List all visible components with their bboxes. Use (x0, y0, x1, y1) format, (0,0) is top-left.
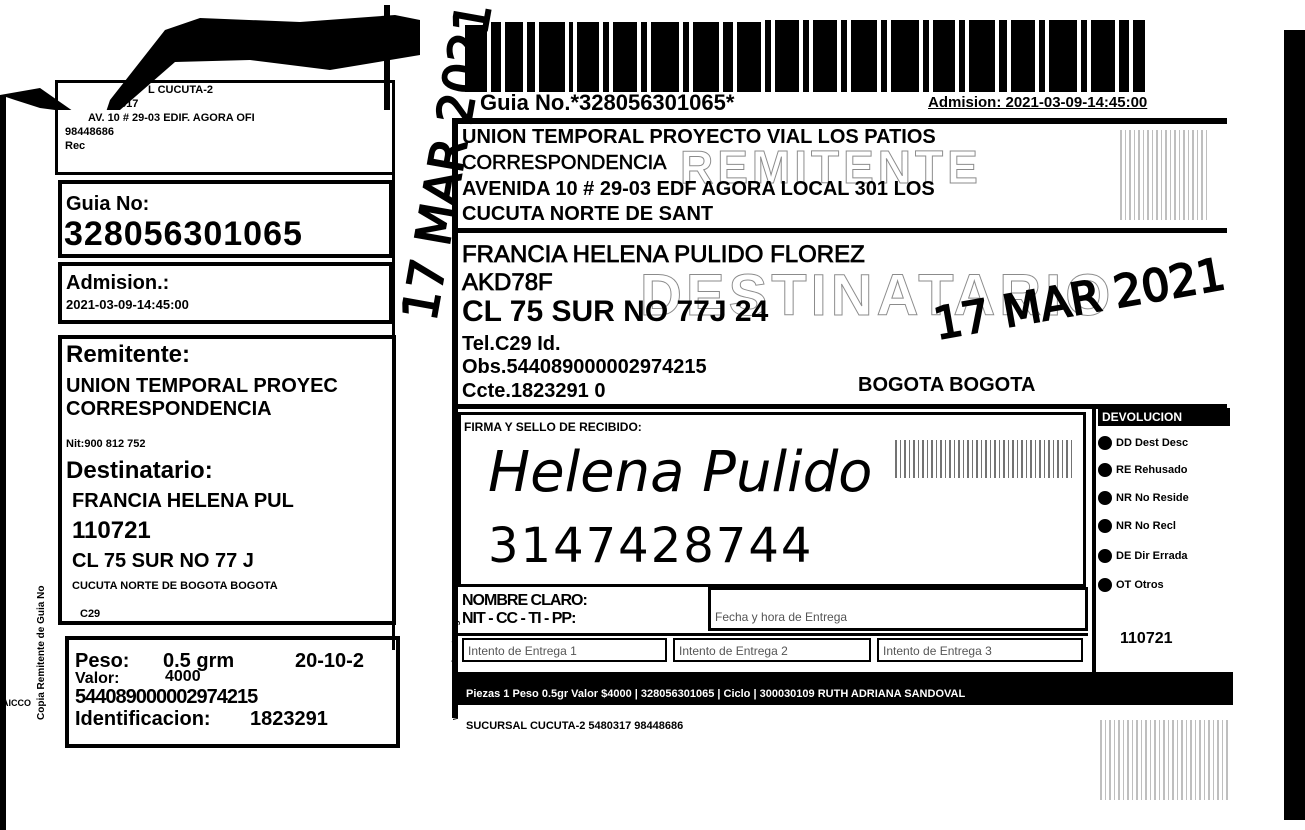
side-bottom-text: AICCO (2, 698, 31, 708)
remitente-line1: UNION TEMPORAL PROYECTO VIAL LOS PATIOS (462, 126, 936, 148)
stub-side-text: Copia Remitente de Guia No (36, 586, 47, 720)
destinatario-address: CL 75 SUR NO 77J 24 (462, 295, 768, 329)
intento-3-label: Intento de Entrega 3 (883, 644, 992, 658)
destinatario-tel: C29 (80, 608, 100, 620)
destinatario-code: AKD78F (462, 270, 553, 296)
valor-value: 4000 (165, 668, 201, 686)
fecha-label: Fecha y hora de Entrega (715, 610, 1081, 624)
radio-icon (1098, 436, 1112, 450)
fecha-entrega-box: Fecha y hora de Entrega (708, 587, 1088, 631)
destinatario-name: FRANCIA HELENA PULIDO FLOREZ (462, 242, 865, 268)
destinatario-tel: Tel.C29 Id. (462, 333, 561, 355)
guia-label: Guia No: (66, 193, 149, 215)
header-rule (452, 118, 1227, 124)
signature-phone: 3147428744 (488, 518, 813, 574)
right-edge (1284, 30, 1305, 820)
destinatario-name: FRANCIA HELENA PUL (72, 490, 294, 512)
devolucion-option-1: DD Dest Desc (1098, 436, 1188, 450)
scan-noise (1120, 130, 1210, 220)
remitente-line3: AVENIDA 10 # 29-03 EDF AGORA LOCAL 301 L… (462, 178, 935, 200)
sender-header-line3: AV. 10 # 29-03 EDIF. AGORA OFI (88, 112, 255, 124)
radio-icon (1098, 463, 1112, 477)
destinatario-obs: Obs.544089000002974215 (462, 356, 707, 378)
sucursal-line: SUCURSAL CUCUTA-2 5480317 98448686 (466, 720, 683, 732)
signature-name: Helena Pulido (488, 440, 872, 505)
devolucion-option-6: OT Otros (1098, 578, 1164, 592)
devolucion-title: DEVOLUCION (1098, 410, 1182, 424)
devolucion-option-2: RE Rehusado (1098, 463, 1188, 477)
intento-2-box: Intento de Entrega 2 (673, 638, 871, 662)
id-types-label: NIT - CC - TI - PP: (462, 610, 575, 628)
destinatario-city: BOGOTA BOGOTA (858, 374, 1035, 396)
intento-1-box: Intento de Entrega 1 (462, 638, 667, 662)
radio-icon (1098, 491, 1112, 505)
remitente-label: Remitente: (66, 342, 190, 368)
destinatario-city: CUCUTA NORTE DE BOGOTA BOGOTA (72, 580, 278, 592)
barcode (465, 20, 1205, 92)
devolucion-option-3: NR No Reside (1098, 491, 1189, 505)
admision-value: 2021-03-09-14:45:00 (66, 297, 189, 312)
remitente-line4: CUCUTA NORTE DE SANT (462, 203, 713, 225)
devolucion-code: 110721 (1120, 630, 1173, 648)
radio-icon (1098, 519, 1112, 533)
peso-label: Peso: (75, 650, 129, 672)
intento-3-box: Intento de Entrega 3 (877, 638, 1083, 662)
main-side-text: www.servientrega.com.co (450, 563, 460, 720)
admision-header: Admision: 2021-03-09-14:45:00 (928, 94, 1147, 111)
peso-date: 20-10-2 (295, 650, 364, 672)
left-edge (0, 95, 6, 830)
admision-label: Admision.: (66, 272, 169, 294)
firma-label: FIRMA Y SELLO DE RECIBIDO: (464, 420, 642, 434)
sender-header-line4: 98448686 (65, 126, 114, 138)
footer-bar-text: Piezas 1 Peso 0.5gr Valor $4000 | 328056… (466, 688, 965, 700)
remitente-rule (452, 228, 1227, 233)
destinatario-ccte: Ccte.1823291 0 (462, 380, 605, 402)
stamp-smudge (895, 440, 1075, 478)
intento-1-label: Intento de Entrega 1 (468, 644, 577, 658)
radio-icon (1098, 549, 1112, 563)
identificacion-label: Identificacion: (75, 708, 211, 730)
destinatario-address: CL 75 SUR NO 77 J (72, 550, 254, 572)
remitente-nit: Nit:900 812 752 (66, 438, 146, 450)
guia-header: Guia No.*328056301065* (480, 90, 734, 116)
devolucion-header: DEVOLUCION (1098, 408, 1230, 426)
devolucion-border (1092, 404, 1096, 704)
destinatario-code: 110721 (72, 518, 151, 544)
guia-number: 328056301065 (64, 215, 303, 253)
devolucion-option-5: DE Dir Errada (1098, 549, 1188, 563)
radio-icon (1098, 578, 1112, 592)
remitente-line2: CORRESPONDENCIA (66, 398, 272, 420)
remitente-line2: CORRESPONDENCIA (462, 152, 666, 174)
obs-line: 544089000002974215 (75, 686, 257, 708)
remitente-line1: UNION TEMPORAL PROYEC (66, 375, 338, 397)
footer-bar: Piezas 1 Peso 0.5gr Valor $4000 | 328056… (458, 672, 1233, 705)
scan-noise-bottom (1100, 720, 1230, 800)
devolucion-option-4: NR No Recl (1098, 519, 1176, 533)
sender-header-line2: 317 (120, 98, 138, 110)
intento-2-label: Intento de Entrega 2 (679, 644, 788, 658)
sender-header-line1: L CUCUTA-2 (148, 84, 213, 96)
intentos-top-rule (458, 633, 1088, 636)
stub-divider (392, 90, 395, 650)
nombre-claro-label: NOMBRE CLARO: (462, 592, 587, 610)
destinatario-label: Destinatario: (66, 458, 213, 484)
identificacion-value: 1823291 (250, 708, 328, 730)
sender-header-line5: Rec (65, 140, 85, 152)
